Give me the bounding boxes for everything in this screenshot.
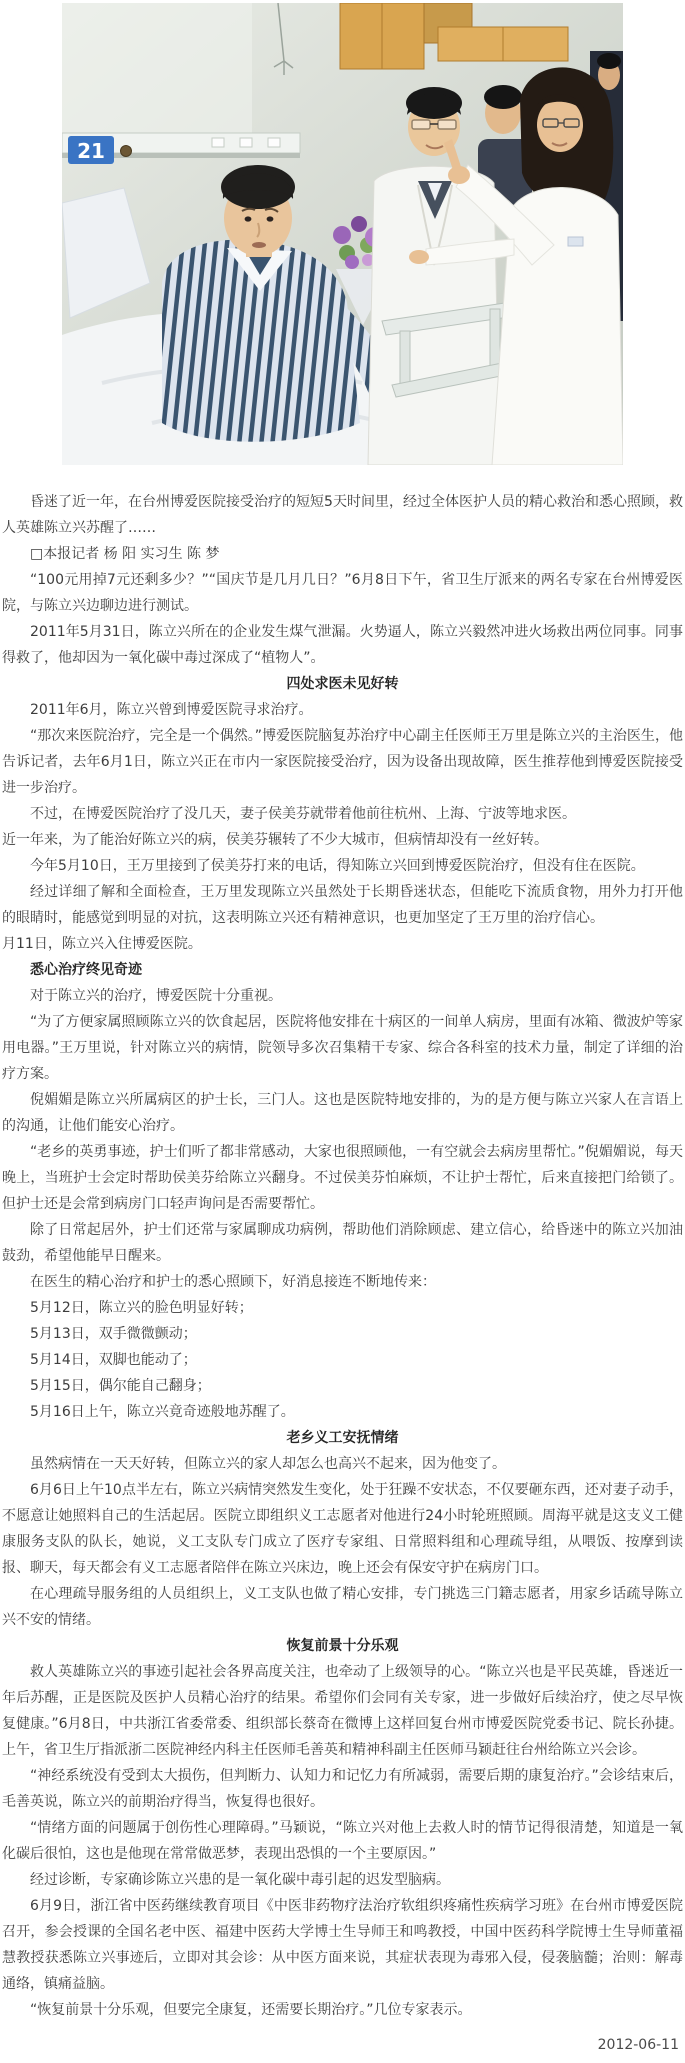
byline: □本报记者 杨 阳 实习生 陈 梦 <box>2 541 683 567</box>
room-number-sign-label: 21 <box>77 139 105 163</box>
paragraph: 5月13日，双手微微颤动； <box>2 1321 683 1347</box>
paragraph: “神经系统没有受到太大损伤，但判断力、认知力和记忆力有所减弱，需要后期的康复治疗… <box>2 1763 683 1815</box>
paragraph: “100元用掉7元还剩多少？”“国庆节是几月几日？”6月8日下午，省卫生厅派来的… <box>2 567 683 619</box>
paragraph: “恢复前景十分乐观，但要完全康复，还需要长期治疗。”几位专家表示。 <box>2 1997 683 2023</box>
paragraph: 除了日常起居外，护士们还常与家属聊成功病例，帮助他们消除顾虑、建立信心，给昏迷中… <box>2 1217 683 1269</box>
section-heading: 恢复前景十分乐观 <box>2 1633 683 1659</box>
paragraph: “情绪方面的问题属于创伤性心理障碍。”马颖说，“陈立兴对他上去救人时的情节记得很… <box>2 1815 683 1867</box>
section-heading: 四处求医未见好转 <box>2 671 683 697</box>
hospital-ward-illustration: 21 <box>62 3 623 465</box>
paragraph: 2011年5月31日，陈立兴所在的企业发生煤气泄漏。火势逼人，陈立兴毅然冲进火场… <box>2 619 683 671</box>
paragraph: 昏迷了近一年，在台州博爱医院接受治疗的短短5天时间里，经过全体医护人员的精心救治… <box>2 489 683 541</box>
paragraph: 经过详细了解和全面检查，王万里发现陈立兴虽然处于长期昏迷状态，但能吃下流质食物，… <box>2 879 683 931</box>
paragraph: 在医生的精心治疗和护士的悉心照顾下，好消息接连不断地传来： <box>2 1269 683 1295</box>
paragraph: 5月14日，双脚也能动了； <box>2 1347 683 1373</box>
paragraph: 对于陈立兴的治疗，博爱医院十分重视。 <box>2 983 683 1009</box>
paragraph: 虽然病情在一天天好转，但陈立兴的家人却怎么也高兴不起来，因为他变了。 <box>2 1451 683 1477</box>
publish-date: 2012-06-11 <box>0 2023 685 2063</box>
paragraph: 近一年来，为了能治好陈立兴的病，侯美芬辗转了不少大城市，但病情却没有一丝好转。 <box>2 827 683 853</box>
section-heading: 老乡义工安抚情绪 <box>2 1425 683 1451</box>
paragraph: 倪媚媚是陈立兴所属病区的护士长，三门人。这也是医院特地安排的，为的是方便与陈立兴… <box>2 1087 683 1139</box>
paragraph: 救人英雄陈立兴的事迹引起社会各界高度关注，也牵动了上级领导的心。“陈立兴也是平民… <box>2 1659 683 1763</box>
paragraph: 6月6日上午10点半左右，陈立兴病情突然发生变化，处于狂躁不安状态，不仅要砸东西… <box>2 1477 683 1581</box>
paragraph: 不过，在博爱医院治疗了没几天，妻子侯美芬就带着他前往杭州、上海、宁波等地求医。 <box>2 801 683 827</box>
paragraph: 2011年6月，陈立兴曾到博爱医院寻求治疗。 <box>2 697 683 723</box>
article-photo: 21 <box>62 3 623 465</box>
paragraph: 今年5月10日，王万里接到了侯美芬打来的电话，得知陈立兴回到博爱医院治疗，但没有… <box>2 853 683 879</box>
article-body: 昏迷了近一年，在台州博爱医院接受治疗的短短5天时间里，经过全体医护人员的精心救治… <box>0 465 685 2023</box>
section-heading: 悉心治疗终见奇迹 <box>2 957 683 983</box>
paragraph: 5月12日，陈立兴的脸色明显好转； <box>2 1295 683 1321</box>
paragraph: 经过诊断，专家确诊陈立兴患的是一氧化碳中毒引起的迟发型脑病。 <box>2 1867 683 1893</box>
paragraph: “为了方便家属照顾陈立兴的饮食起居，医院将他安排在十病区的一间单人病房，里面有冰… <box>2 1009 683 1087</box>
paragraph: 月11日，陈立兴入住博爱医院。 <box>2 931 683 957</box>
paragraph: 5月15日，偶尔能自己翻身； <box>2 1373 683 1399</box>
paragraph: 在心理疏导服务组的人员组织上，义工支队也做了精心安排，专门挑选三门籍志愿者，用家… <box>2 1581 683 1633</box>
paragraph: “那次来医院治疗，完全是一个偶然。”博爱医院脑复苏治疗中心副主任医师王万里是陈立… <box>2 723 683 801</box>
paragraph: 5月16日上午，陈立兴竟奇迹般地苏醒了。 <box>2 1399 683 1425</box>
paragraph: “老乡的英勇事迹，护士们听了都非常感动，大家也很照顾他，一有空就会去病房里帮忙。… <box>2 1139 683 1217</box>
paragraph: 6月9日，浙江省中医药继续教育项目《中医非药物疗法治疗软组织疼痛性疾病学习班》在… <box>2 1893 683 1997</box>
